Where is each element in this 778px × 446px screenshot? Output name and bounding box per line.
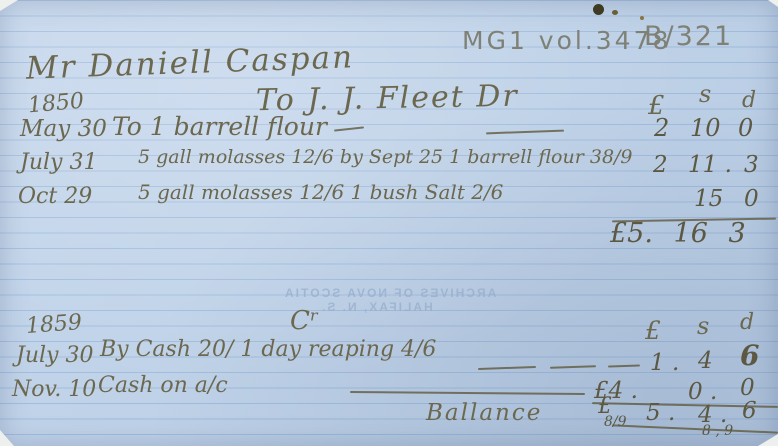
amount-shillings: 4	[698, 350, 713, 373]
entry-date: Oct 29	[18, 186, 92, 208]
amount-shillings: 11 .	[688, 154, 732, 177]
amount-pounds: 2	[654, 116, 669, 140]
scan-corner	[758, 434, 778, 446]
currency-header-pence: d	[742, 90, 756, 112]
archive-stamp-showthrough: ARCHIVES OF NOVA SCOTIA	[283, 287, 496, 299]
entry-date: July 30	[16, 345, 93, 367]
ink-blot	[593, 4, 604, 15]
amount-pounds: 1 .	[650, 352, 679, 375]
entry-description: Cash on a/c	[98, 375, 228, 397]
entry-description: 5 gall molasses 12/6 by Sept 25 1 barrel…	[138, 148, 633, 167]
amount-shillings: 15	[694, 188, 723, 211]
archival-folder-number: B/321	[644, 23, 733, 50]
entry-description: 5 gall molasses 12/6 1 bush Salt 2/6	[138, 182, 503, 202]
amount-shillings: 10	[690, 116, 721, 140]
ditto-dash	[478, 366, 536, 370]
archival-catalog-number: MG1 vol.3478	[462, 28, 671, 53]
ledger-page: MG1 vol.3478 B/321 Mr Daniell Caspan 185…	[0, 0, 778, 446]
amount-pence: 0	[740, 377, 755, 400]
year-heading-1850: 1850	[27, 91, 85, 118]
amount-pence: 0	[744, 188, 759, 211]
ditto-dash	[550, 365, 596, 369]
balance-sub-note: 8 , 9	[702, 424, 733, 438]
ink-blot	[612, 10, 618, 15]
amount-pence: 3	[744, 154, 759, 177]
ditto-dash	[608, 364, 640, 367]
year-heading-1859: 1859	[25, 312, 82, 338]
entry-description: By Cash 20/ 1 day reaping 4/6	[100, 339, 436, 361]
debtor-name: Mr Daniell Caspan	[26, 42, 355, 84]
sum-underline	[612, 424, 778, 433]
entry-date: May 30	[20, 118, 107, 141]
currency-header-shilling: s	[697, 314, 709, 338]
amount-pence: 6	[742, 400, 757, 423]
currency-header-pound: £	[645, 318, 661, 343]
ditto-dash	[334, 126, 364, 131]
entry-date: July 31	[20, 152, 97, 174]
amount-pounds: 2	[653, 154, 668, 177]
entry-description: To 1 barrell flour	[112, 114, 327, 139]
ditto-dash	[486, 130, 564, 135]
credit-column-label: Cʳ	[290, 308, 319, 334]
debit-total: £5. 16 3	[610, 220, 746, 247]
archive-stamp-showthrough: HALIFAX, N. S.	[320, 301, 433, 313]
currency-header-shilling: s	[699, 82, 711, 106]
ink-blot	[640, 16, 644, 20]
amount-pounds: 5 .	[646, 402, 675, 425]
scan-corner	[0, 430, 14, 446]
scan-corner	[0, 0, 18, 11]
amount-shillings: 0 .	[688, 381, 717, 404]
entry-date: Nov. 10	[12, 379, 96, 401]
balance-label: Ballance	[426, 402, 542, 425]
scan-corner	[768, 0, 778, 7]
currency-header-pence: d	[740, 312, 754, 334]
ditto-dash	[350, 391, 585, 395]
amount-pence: 0	[738, 116, 753, 140]
amount-pence: 6	[740, 342, 759, 370]
